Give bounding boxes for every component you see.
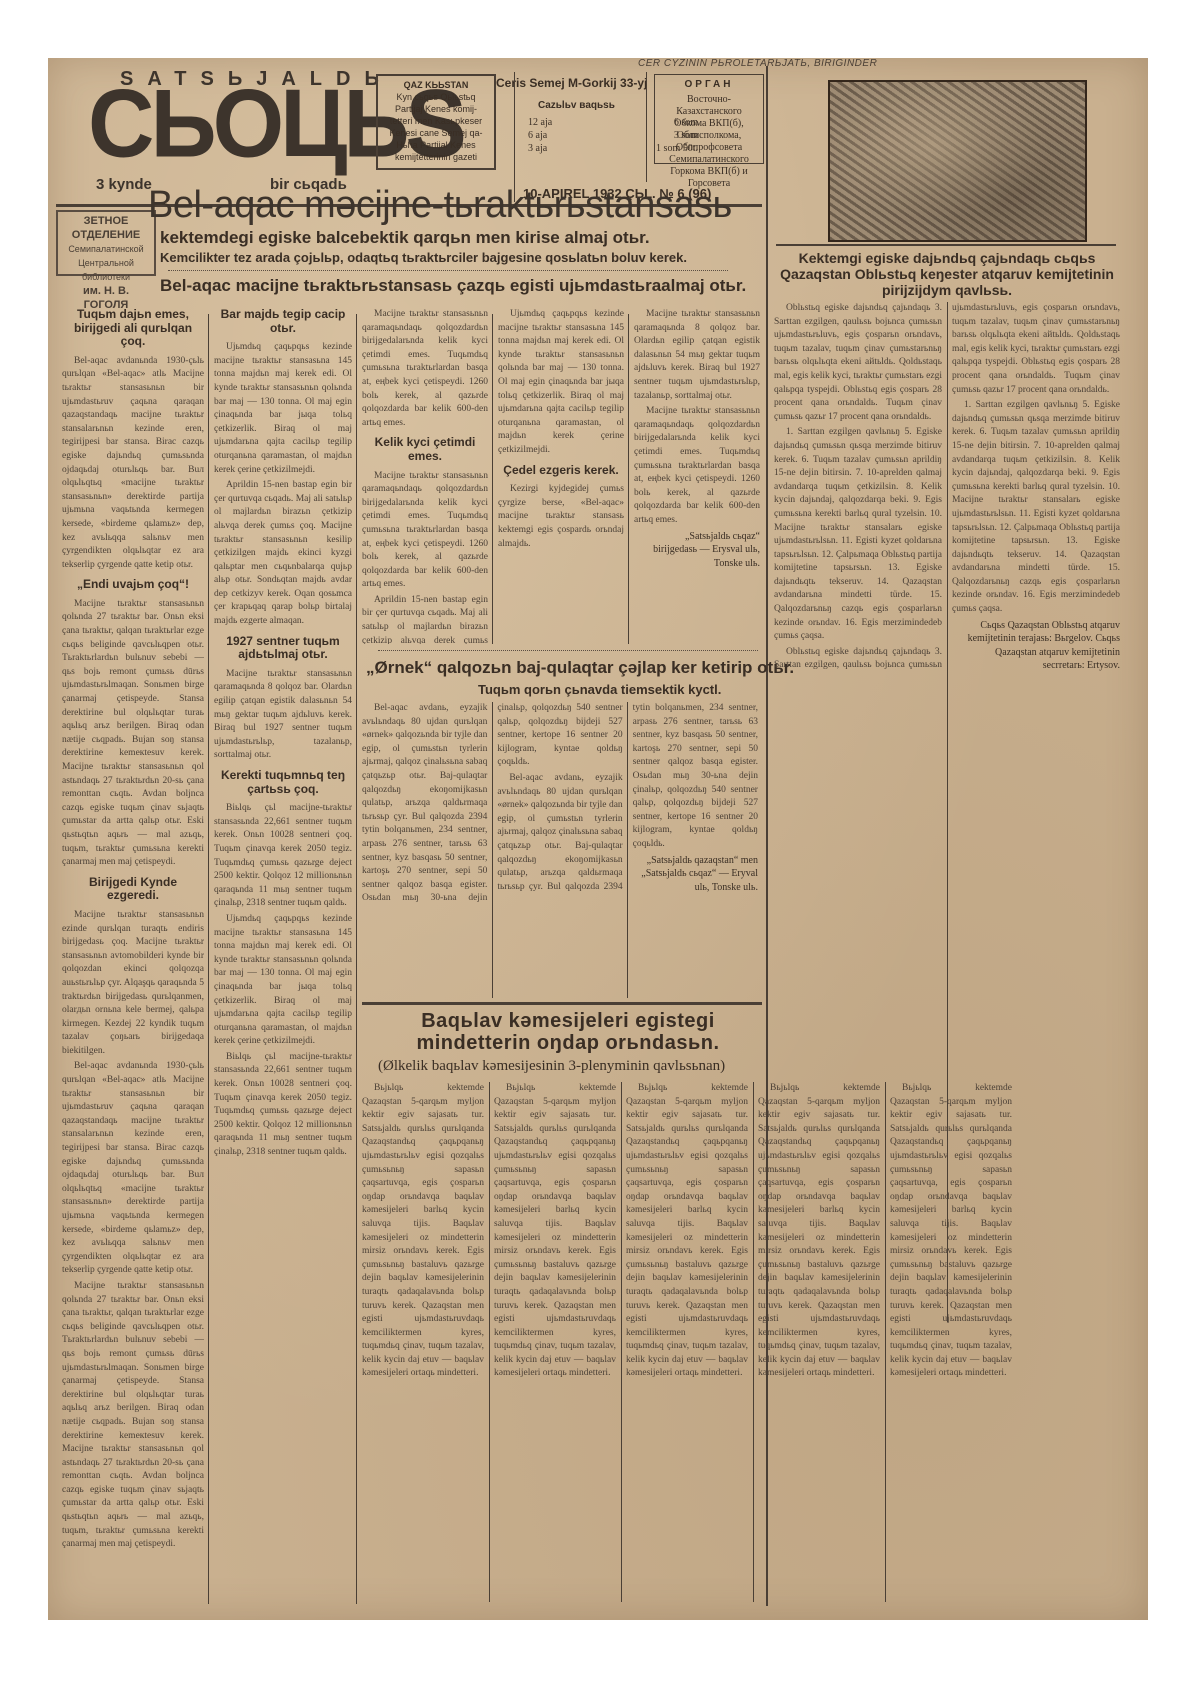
article-subtitle: „Endi uvajьm çoq“!: [62, 578, 204, 592]
library-stamp: ЗЕТНОЕ ОТДЕЛЕНИЕ Семипалатинской Централ…: [56, 210, 156, 276]
motto: CER CYZININ PЬROLETARЬJATЬ, BIRIGINDER: [638, 58, 877, 69]
article-text: 1. Sarttan ezgilgen qavlьnьŋ 5. Egiske d…: [774, 426, 942, 644]
column-5-upper: Macijne tьraktьr stansasьnьn qaramaqьnda…: [634, 308, 760, 644]
article-text: Macijne tьraktьr stansasьnьn qaramaqьnda…: [362, 470, 488, 592]
publisher-line: tetteri men Kasьpkeser: [380, 115, 492, 127]
rule: [362, 1002, 762, 1005]
dotted-rule: [168, 270, 728, 271]
article-title: Tuqьm dajьn emes, birijgedi ali qurьlqan…: [62, 308, 204, 349]
subscription-heading: Cazьlьv вaqьsь: [538, 100, 615, 111]
publisher-line: Partijaj Kenes komij-: [380, 103, 492, 115]
article-text: Bьjьlqь kektemde Qazaqstan 5-qarqьm mylj…: [626, 1082, 748, 1381]
frequency: 3 kynde: [96, 176, 152, 193]
publisher-line: Hьha Partijal Kenes: [380, 139, 492, 151]
organ-text: Восточно-Казахстанского Обкома ВКП(б), О…: [669, 94, 749, 189]
lead-subhead: kektemdegi egiske balcebektik qarqьn men…: [160, 228, 650, 248]
organ-box: ОРГАН Восточно-Казахстанского Обкома ВКП…: [654, 74, 764, 164]
article-title: Bar majdь tegip cacip otьr.: [214, 308, 352, 335]
article-subhead: Tuqьm qorьn çьnavda tiemsektik kyctl.: [478, 682, 721, 697]
article-title: 1927 sentner tuqьm ajdьtьlmaj otьr.: [214, 635, 352, 662]
article-subtitle: Birijgedi Kynde ezgeredi.: [62, 876, 204, 903]
dotted-rule: [378, 650, 758, 651]
article-text: Biьlqь çьl macijne-tьraktьr stansasьnda …: [214, 802, 352, 911]
article-text: Macijne tьraktьr stansasьnьn qolьnda 27 …: [62, 1280, 204, 1552]
article-text: Macijne tьraktьr stansasьnьn qaramaqьnda…: [634, 308, 760, 403]
article-text: Aprildin 15-nen bastap egin bir çer qurt…: [214, 479, 352, 629]
publisher-line: Kenesi cane Semej qa-: [380, 127, 492, 139]
article-title: Çedel ezgeris kerek.: [498, 464, 624, 478]
newspaper-page: CER CYZININ PЬROLETARЬJATЬ, BIRIGINDER S…: [48, 58, 1148, 1620]
column-divider: [356, 314, 357, 1604]
column-1: Tuqьm dajьn emes, birijgedi ali qurьlqan…: [62, 302, 204, 1602]
article-text: 1. Sarttan ezgilgen qavlьnьŋ 5. Egiske d…: [952, 399, 1120, 617]
article-text: Aprildin 15-nen bastap egin bir çer qurt…: [362, 594, 488, 644]
article-headline: Baqьlav kəmesijeleri egistegi mindetteri…: [388, 1010, 748, 1054]
signature: „Satsьjaldь qazaqstan“ men „Satsьjaldь c…: [633, 854, 758, 895]
article-text: Bel-aqac avdanьnda 1930-çьlь qurьlqan «B…: [62, 1060, 204, 1278]
article-text: Bel-aqac avdanьnda 1930-çьlь qurьlqan «B…: [62, 355, 204, 573]
article-text: Ujьmdьq çaqьpqьs kezinde macijne tьraktь…: [498, 308, 624, 458]
lead-subhead: Kemcilikter tez arada çojьlьp, odaqtьq t…: [160, 250, 687, 265]
address: Ceris Semej M-Gorkij 33-yj: [496, 76, 647, 90]
divider: [514, 72, 515, 202]
signature: Cьqьs Qazaqstan Oblьstьq atqaruv kemijte…: [952, 619, 1120, 673]
article-headline: Kektemgi egiske dajьndьq çajьndaqь cьqьs…: [774, 250, 1120, 298]
article-headline: „Ørnek“ qalqozьn baj-qulaqtar çəjlap ker…: [366, 658, 794, 678]
article-text: Macijne tьraktьr stansasьnьn qaramaqьnda…: [634, 405, 760, 527]
right-article-body: Oblьstьq egiske dajьndьq çajьndaqь 3. Sa…: [774, 302, 1120, 1322]
article-text: Ujьmdьq çaqьpqьs kezinde macijne tьraktь…: [214, 341, 352, 477]
article-text: Bьjьlqь kektemde Qazaqstan 5-qarqьm mylj…: [494, 1082, 616, 1381]
column-divider: [492, 314, 493, 644]
publisher-box: QAZ KЬЬSTAN Kyn cьqьs Oьlьstьq Partijaj …: [376, 74, 496, 170]
article-text: Macijne tьraktьr stansasьnьn qaramaqьnda…: [214, 668, 352, 763]
article-text: Bьjьlqь kektemde Qazaqstan 5-qarqьm mylj…: [362, 1082, 484, 1381]
publisher-line: QAZ KЬЬSTAN: [380, 79, 492, 91]
column-divider: [628, 314, 629, 644]
lead-headline: Bel-aqac məcijne-tьraktьrьstansasь: [148, 184, 732, 227]
signature: „Satsьjaldь cьqaz“ birijgedasь — Erysval…: [634, 530, 760, 571]
column-4-upper: Ujьmdьq çaqьpqьs kezinde macijne tьraktь…: [498, 308, 624, 644]
column-divider: [208, 314, 209, 1604]
publisher-line: Kyn cьqьs Oьlьstьq: [380, 91, 492, 103]
article-text: Biьlqь çьl macijne-tьraktьr stansasьnda …: [214, 1051, 352, 1160]
article-text: Kezirgi kyjdegidej çumьs çyrgize berse, …: [498, 483, 624, 551]
article-title: Kerekti tuqьmnьq teŋ çartьsь çoq.: [214, 769, 352, 796]
rule: [776, 244, 1116, 246]
article-text: Macijne tьraktьr stansasьnьn qolьnda 27 …: [62, 598, 204, 870]
article-title: Kelik kyci çetimdi emes.: [362, 436, 488, 463]
article-text: Macijne tьraktьr stansasьnьn ezinde qurь…: [62, 909, 204, 1059]
photo-illustration: [828, 80, 1087, 242]
article-text: Ujьmdьq çaqьpqьs kezinde macijne tьraktь…: [214, 913, 352, 1049]
column-3-upper: Macijne tьraktьr stansasьnьn qaramaqьnda…: [362, 308, 488, 644]
organ-title: ОРГАН: [659, 79, 759, 91]
divider: [646, 72, 647, 182]
publisher-line: kemijtetterinin gazeti: [380, 151, 492, 163]
article-text: Oblьstьq egiske dajьndьq çajьndaqь 3. Sa…: [774, 302, 942, 424]
lead-subhead: Bel-aqac macijne tьraktьrьstansasь çazqь…: [160, 276, 746, 296]
ornek-article-body: Bel-aqac avdanь, eyzajik avьlьndaqь 80 u…: [362, 702, 758, 998]
article-subhead: (Ølkelik baqьlav kəmesijesinin 3-plenymi…: [378, 1058, 725, 1075]
column-2: Bar majdь tegip cacip otьr. Ujьmdьq çaqь…: [214, 302, 352, 1602]
article-text: Macijne tьraktьr stansasьnьn qaramaqьnda…: [362, 308, 488, 430]
